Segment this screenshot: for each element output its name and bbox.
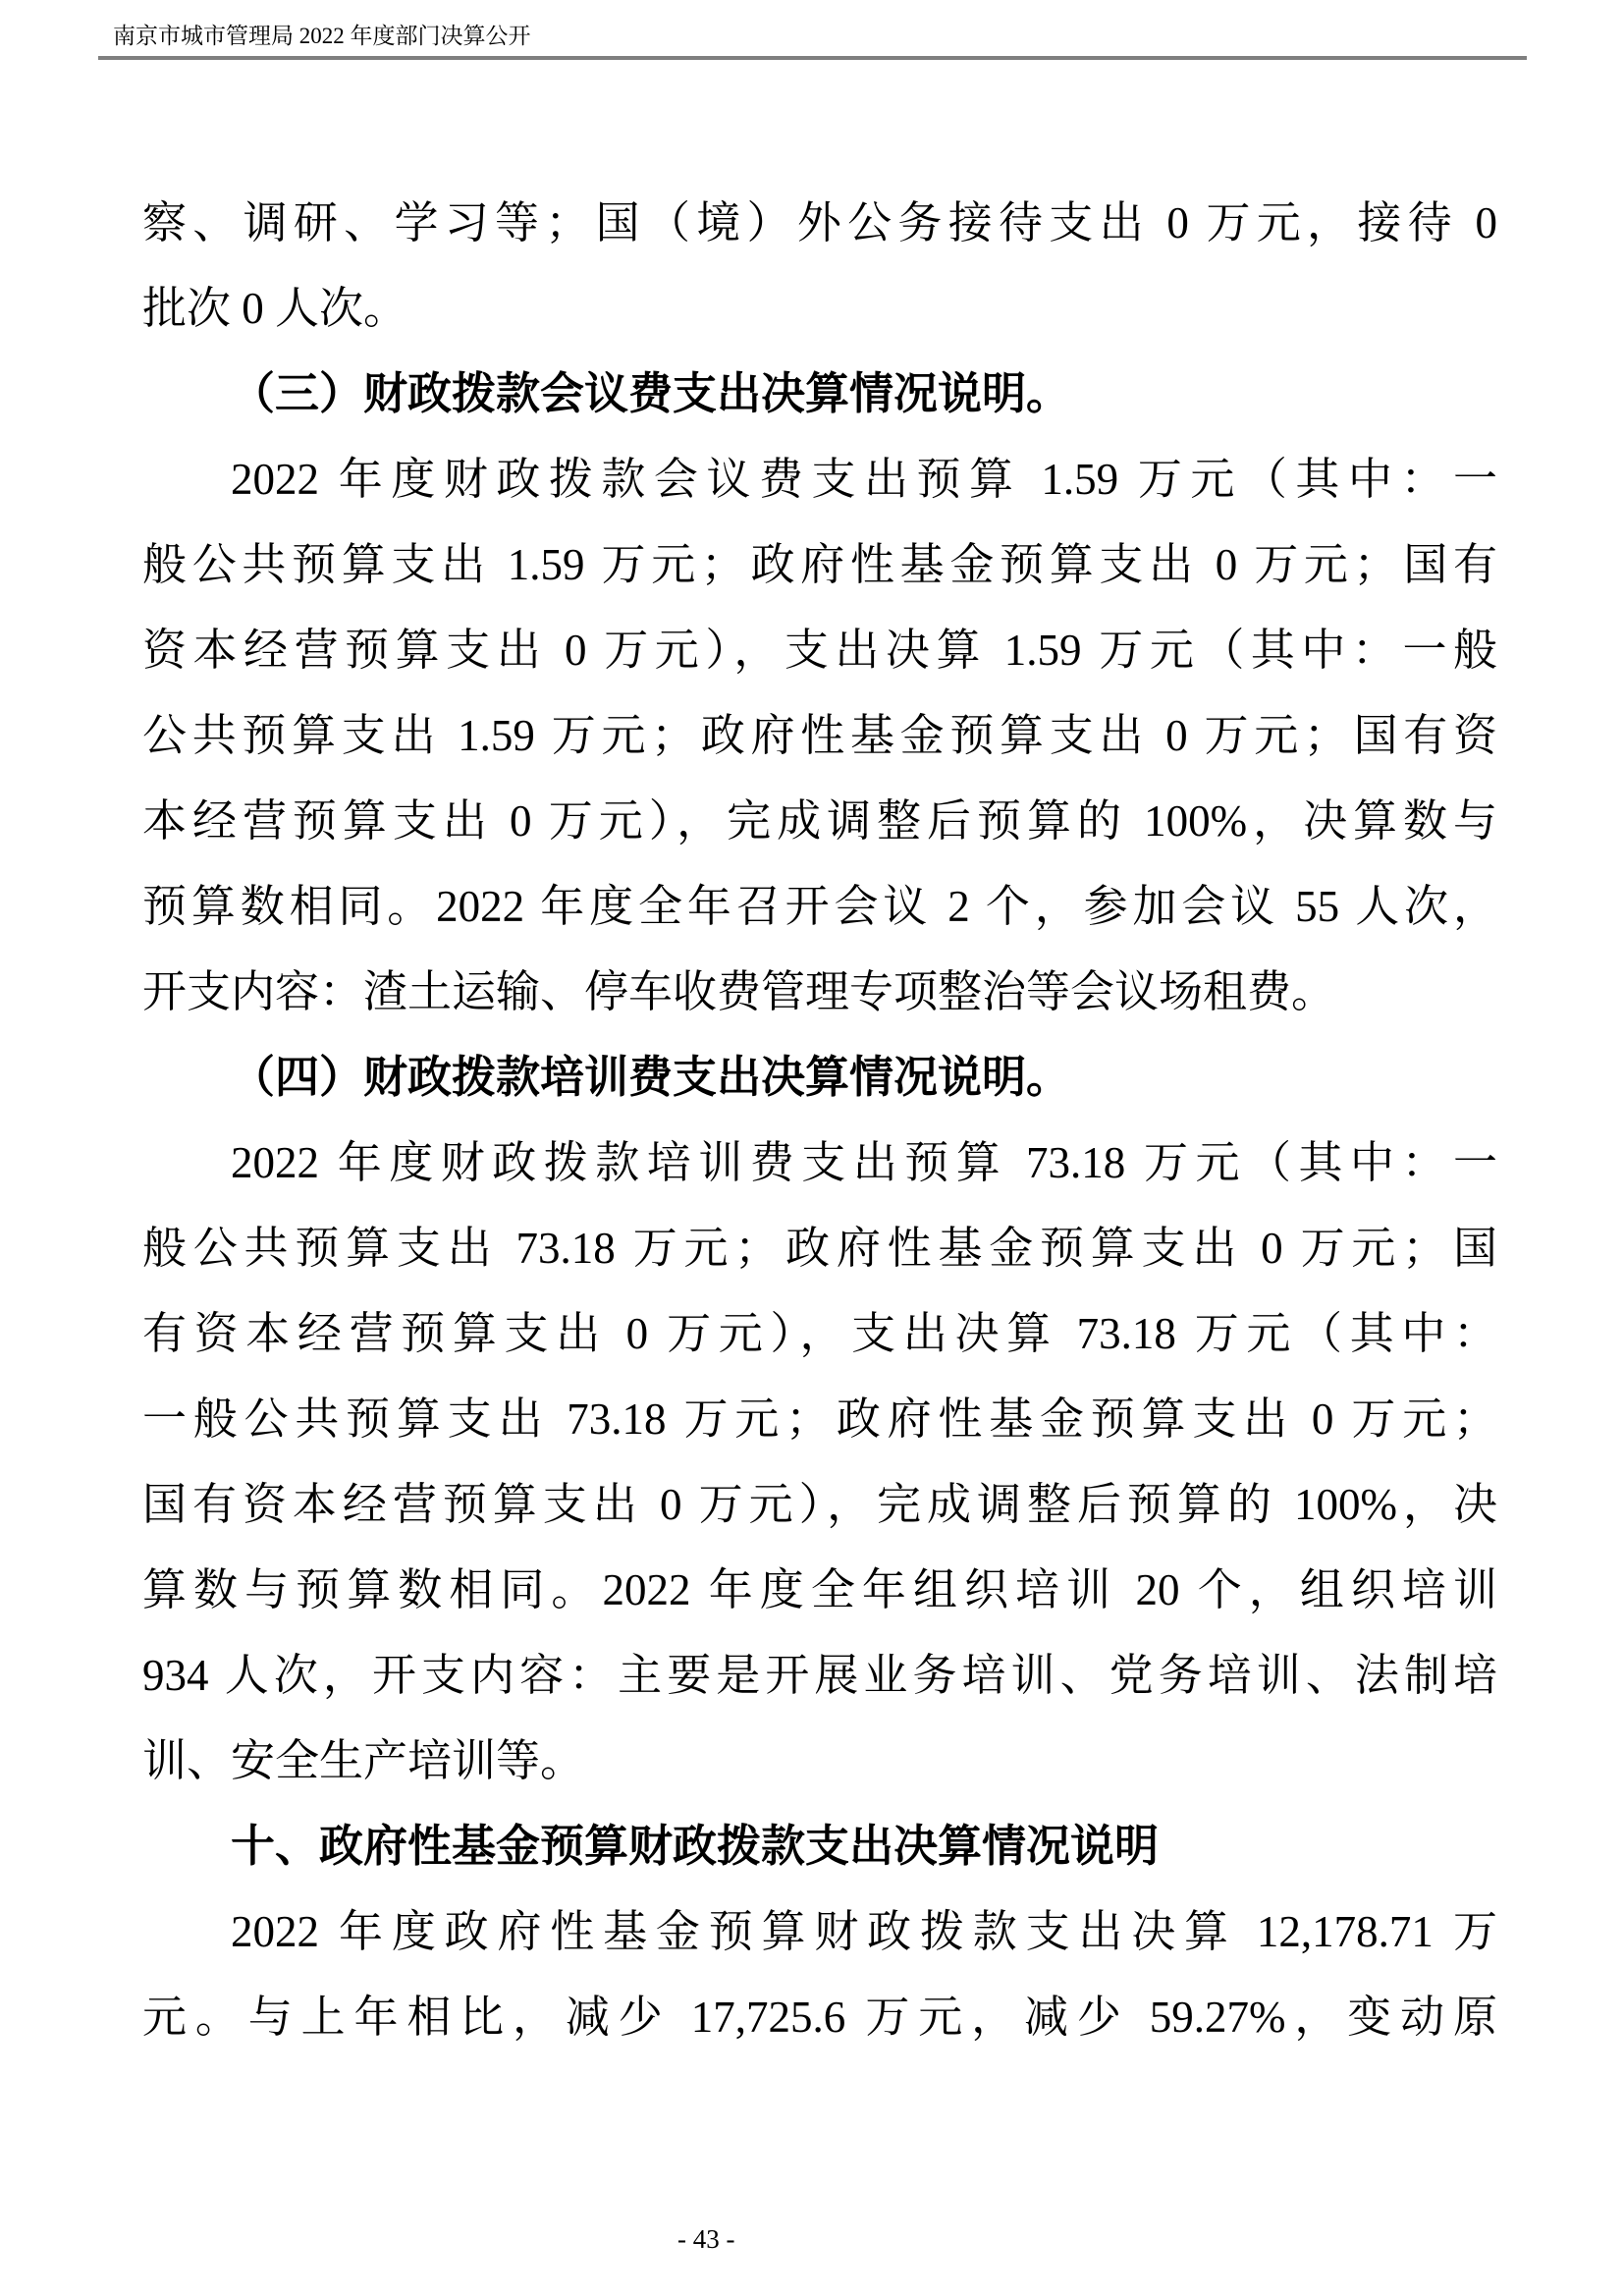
section-heading-3: （三）财政拨款会议费支出决算情况说明。 [142, 352, 1497, 437]
text-line: 预算数相同。2022 年度全年召开会议 2 个，参加会议 55 人次， [142, 864, 1497, 950]
text-line: 本经营预算支出 0 万元），完成调整后预算的 100%，决算数与 [142, 779, 1497, 864]
text-line: 般公共预算支出 73.18 万元；政府性基金预算支出 0 万元；国 [142, 1206, 1497, 1291]
document-page: 南京市城市管理局 2022 年度部门决算公开 察、调研、学习等；国（境）外公务接… [0, 0, 1623, 2296]
text-line: 2022 年度财政拨款会议费支出预算 1.59 万元（其中：一 [142, 437, 1497, 522]
section-heading-4: （四）财政拨款培训费支出决算情况说明。 [142, 1035, 1497, 1121]
text-line: 批次 0 人次。 [142, 266, 1497, 352]
text-line: 国有资本经营预算支出 0 万元），完成调整后预算的 100%，决 [142, 1462, 1497, 1548]
header-divider [98, 56, 1527, 60]
document-body: 察、调研、学习等；国（境）外公务接待支出 0 万元，接待 0 批次 0 人次。 … [142, 181, 1497, 2060]
text-line: 2022 年度财政拨款培训费支出预算 73.18 万元（其中：一 [142, 1121, 1497, 1206]
text-line: 一般公共预算支出 73.18 万元；政府性基金预算支出 0 万元； [142, 1377, 1497, 1462]
text-line: 开支内容：渣土运输、停车收费管理专项整治等会议场租费。 [142, 950, 1497, 1035]
text-line: 元。与上年相比，减少 17,725.6 万元，减少 59.27%，变动原 [142, 1975, 1497, 2060]
text-line: 算数与预算数相同。2022 年度全年组织培训 20 个，组织培训 [142, 1548, 1497, 1633]
page-number: - 43 - [677, 2223, 734, 2255]
text-line: 公共预算支出 1.59 万元；政府性基金预算支出 0 万元；国有资 [142, 693, 1497, 779]
text-line: 察、调研、学习等；国（境）外公务接待支出 0 万元，接待 0 [142, 181, 1497, 266]
text-line: 2022 年度政府性基金预算财政拨款支出决算 12,178.71 万 [142, 1889, 1497, 1975]
section-heading-10: 十、政府性基金预算财政拨款支出决算情况说明 [142, 1804, 1497, 1889]
text-line: 资本经营预算支出 0 万元），支出决算 1.59 万元（其中：一般 [142, 608, 1497, 693]
text-line: 有资本经营预算支出 0 万元），支出决算 73.18 万元（其中： [142, 1291, 1497, 1377]
text-line: 般公共预算支出 1.59 万元；政府性基金预算支出 0 万元；国有 [142, 522, 1497, 608]
text-line: 934 人次，开支内容：主要是开展业务培训、党务培训、法制培 [142, 1633, 1497, 1719]
page-header-title: 南京市城市管理局 2022 年度部门决算公开 [113, 22, 531, 51]
text-line: 训、安全生产培训等。 [142, 1719, 1497, 1804]
